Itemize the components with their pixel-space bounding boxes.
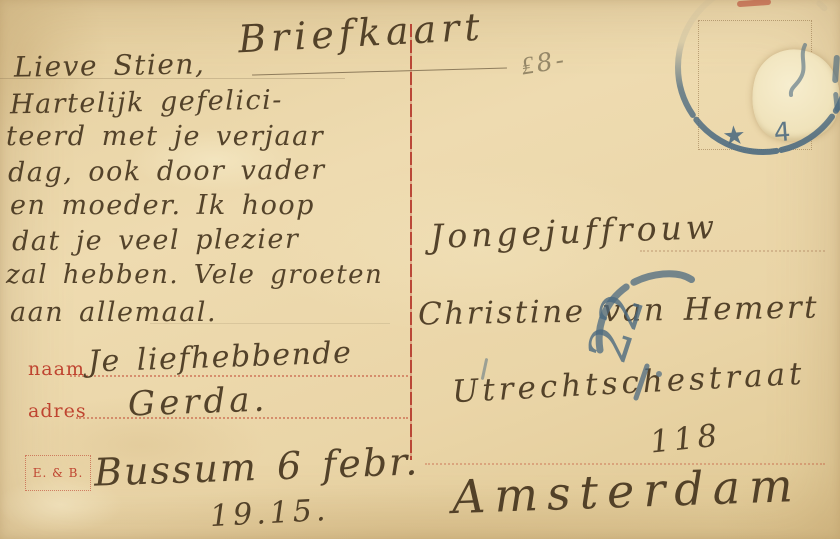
title-underline [252,67,507,75]
recipient-title: Jongejuffrouw [430,210,719,253]
postcard-back: Briefkaart ₤8- Lieve Stien, Hartelijk ge… [0,0,840,539]
centre-divider-line [410,24,412,460]
publisher-mark-box: E. & B. [25,455,91,491]
address-dotted-line-1 [640,250,825,252]
message-line: aan allemaal. [10,299,217,326]
censor-number: 22 [575,285,656,370]
message-line: dag, ook door vader [8,157,326,187]
year: 19.15. [209,496,330,532]
address-house-number: 118 [649,420,723,458]
postmark-circle: ★ 4 [655,0,840,175]
message-line: Lieve Stien, [14,50,206,81]
message-line: Hartelijk gefelici- [10,87,283,119]
postmark-inner-squiggle [791,45,805,95]
message-line: teerd met je verjaar [6,123,324,150]
guide-line-bottom [150,323,390,324]
publisher-mark: E. & B. [33,466,84,480]
naam-value: Je liefhebbende [88,338,353,377]
message-line: en moeder. Ik hoop [10,192,315,219]
message-line: dat je veel plezier [12,226,300,256]
adres-value: Gerda. [127,383,268,422]
censor-dot [656,371,662,377]
pencil-price-note: ₤8- [519,47,568,79]
censor-mark: 22 [585,258,710,408]
postcard-title: Briefkaart [237,8,485,59]
postmark-bottom-text: ★ 4 [721,117,801,152]
place-date: Bussum 6 febr. [93,442,419,491]
censor-slash [636,366,647,398]
message-line: zal hebben. Vele groeten [6,262,383,288]
address-city: Amsterdam [451,462,802,520]
